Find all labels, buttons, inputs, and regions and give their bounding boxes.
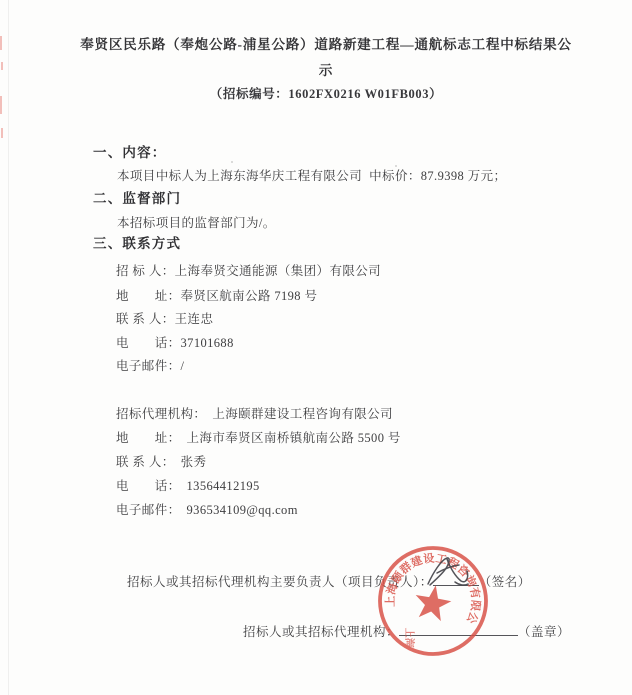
row-value: 奉贤区航南公路 7198 号 xyxy=(181,289,318,303)
row-label: 电 话： xyxy=(116,478,181,494)
tenderer-row-email: 电子邮件：/ xyxy=(116,358,184,374)
row-label: 电子邮件： xyxy=(116,502,181,518)
signature-line-2-label: 招标人或其招标代理机构： xyxy=(243,625,399,639)
section-1-heading: 一、内容： xyxy=(93,145,167,161)
scan-artifact xyxy=(1,128,3,138)
signature-line-2-suffix: （盖章） xyxy=(518,625,570,639)
row-label: 招 标 人： xyxy=(116,263,175,279)
row-label: 电 话： xyxy=(116,335,181,351)
signature-line-1: 招标人或其招标代理机构主要负责人（项目负责人）：（签名） xyxy=(127,572,531,590)
row-value: 936534109@qq.com xyxy=(181,503,298,517)
row-label: 地 址： xyxy=(116,288,181,304)
section-1-body: 本项目中标人为上海东海华庆工程有限公司 中标价：87.9398 万元； xyxy=(117,168,506,184)
signature-blank xyxy=(433,572,479,586)
stamp-blank xyxy=(399,622,518,636)
document-page: 奉贤区民乐路（奉炮公路-浦星公路）道路新建工程—通航标志工程中标结果公 示 （招… xyxy=(0,0,632,695)
tenderer-row-phone: 电 话：37101688 xyxy=(116,335,234,351)
row-value: 上海颐群建设工程咨询有限公司 xyxy=(206,407,393,421)
row-label: 电子邮件： xyxy=(116,358,181,374)
row-value: 上海市奉贤区南桥镇航南公路 5500 号 xyxy=(181,431,401,445)
signature-line-2: 招标人或其招标代理机构：（盖章） xyxy=(243,622,570,640)
row-label: 地 址： xyxy=(116,430,181,446)
agency-row-email: 电子邮件：936534109@qq.com xyxy=(116,502,298,518)
row-label: 招标代理机构： xyxy=(116,406,206,422)
bid-number: （招标编号：1602FX0216 W01FB003） xyxy=(210,86,442,102)
row-value: / xyxy=(181,359,185,373)
company-seal: 上海颐群建设工程咨询有限公司 上海 xyxy=(369,537,497,665)
row-value: 上海奉贤交通能源（集团）有限公司 xyxy=(175,264,381,278)
doc-title-line1: 奉贤区民乐路（奉炮公路-浦星公路）道路新建工程—通航标志工程中标结果公 xyxy=(80,37,572,53)
section-2-body: 本招标项目的监督部门为/。 xyxy=(117,215,276,231)
row-value: 王连忠 xyxy=(175,312,214,326)
doc-title-line2: 示 xyxy=(319,63,333,79)
tenderer-row-address: 地 址：奉贤区航南公路 7198 号 xyxy=(116,288,317,304)
scan-speck xyxy=(231,161,233,163)
agency-row-phone: 电 话：13564412195 xyxy=(116,478,260,494)
row-value: 张秀 xyxy=(175,455,207,469)
row-label: 联 系 人： xyxy=(116,311,175,327)
seal-ring xyxy=(372,540,495,663)
row-value: 37101688 xyxy=(181,336,234,350)
scan-artifact xyxy=(1,62,3,70)
scan-artifact xyxy=(0,36,2,50)
row-label: 联 系 人： xyxy=(116,454,175,470)
scan-edge-line xyxy=(8,0,9,695)
signature-line-1-label: 招标人或其招标代理机构主要负责人（项目负责人）： xyxy=(127,575,433,589)
tenderer-row-contact: 联 系 人：王连忠 xyxy=(116,311,213,327)
signature-line-1-suffix: （签名） xyxy=(479,575,531,589)
agency-row-address: 地 址：上海市奉贤区南桥镇航南公路 5500 号 xyxy=(116,430,401,446)
agency-row-contact: 联 系 人：张秀 xyxy=(116,454,206,470)
row-value: 13564412195 xyxy=(181,479,260,493)
scan-speck xyxy=(395,165,397,167)
section-2-heading: 二、监督部门 xyxy=(93,191,181,207)
scan-artifact xyxy=(0,96,2,114)
section-3-heading: 三、联系方式 xyxy=(93,236,181,252)
agency-row-name: 招标代理机构：上海颐群建设工程咨询有限公司 xyxy=(116,406,393,422)
tenderer-row-name: 招 标 人：上海奉贤交通能源（集团）有限公司 xyxy=(116,263,381,279)
